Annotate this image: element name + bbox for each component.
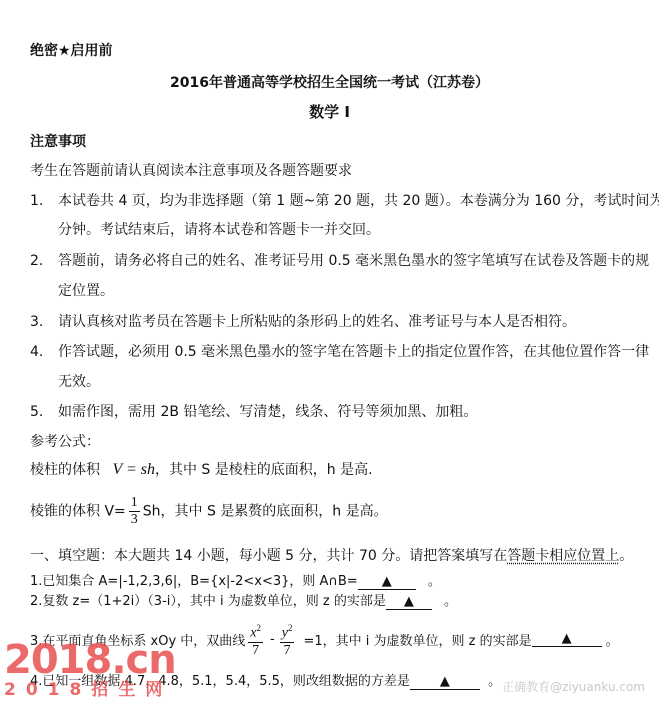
exam-page: 绝密★启用前 2016年普通高等学校招生全国统一考试（江苏卷） 数学 I 注意事… <box>0 0 659 703</box>
item-text: 作答试题，必须用 0.5 毫米黑色墨水的签字笔在答题卡上的指定位置作答，在其他位… <box>58 344 649 360</box>
formula-pyramid: 棱锥的体积 V=13Sh，其中 S 是累赘的底面积，h 是高。 <box>30 495 388 528</box>
question-text: 1.已知集合 A=|-1,2,3,6|，B={x|-2<x<3}，则 A∩B= <box>30 574 358 589</box>
item-text: 答题前，请务必将自己的姓名、准考证号用 0.5 毫米黑色墨水的签字笔填写在试卷及… <box>58 253 649 269</box>
answer-blank[interactable]: ▲ <box>386 595 432 610</box>
item-number: 3. <box>30 314 58 330</box>
prism-volume-formula: V = sh <box>112 461 155 478</box>
answer-blank[interactable]: ▲ <box>532 632 602 647</box>
fraction-x-squared-over-7: x27 <box>248 620 263 659</box>
notice-heading: 注意事项 <box>30 131 86 151</box>
formula-description: ，其中 S 是棱柱的底面积，h 是高. <box>155 462 373 478</box>
formula-prism: 棱柱的体积 V = sh，其中 S 是棱柱的底面积，h 是高. <box>30 459 373 479</box>
formula-description: Sh，其中 S 是累赘的底面积，h 是高。 <box>143 504 388 520</box>
item-text: 请认真核对监考员在答题卡上所粘贴的条形码上的姓名、准考证号与本人是否相符。 <box>58 314 576 330</box>
notice-item-3: 3.请认真核对监考员在答题卡上所粘贴的条形码上的姓名、准考证号与本人是否相符。 <box>30 311 576 331</box>
section-heading-end: 。 <box>619 548 633 564</box>
item-number: 4. <box>30 344 58 360</box>
item-text: 本试卷共 4 页，均为非选择题（第 1 题~第 20 题，共 20 题）。本卷满… <box>58 193 659 209</box>
formula-label: 棱柱的体积 <box>30 462 100 478</box>
triangle-icon: ▲ <box>562 631 572 646</box>
question-end: 。 <box>444 594 457 609</box>
notice-item-4-cont: 无效。 <box>58 371 100 391</box>
notice-item-4: 4.作答试题，必须用 0.5 毫米黑色墨水的签字笔在答题卡上的指定位置作答，在其… <box>30 341 649 361</box>
fraction-y-squared-over-7: y27 <box>280 620 295 659</box>
section-heading: 一、填空题：本大题共 14 小题，每小题 5 分，共计 70 分。请把答案填写在… <box>30 545 633 565</box>
notice-item-5: 5.如需作图，需用 2B 铅笔绘、写清楚，线条、符号等须加黑、加粗。 <box>30 401 477 421</box>
confidential-label: 绝密★启用前 <box>30 40 113 60</box>
item-number: 1. <box>30 193 58 209</box>
triangle-icon: ▲ <box>404 594 414 609</box>
formula-heading: 参考公式： <box>30 431 100 451</box>
notice-item-1: 1.本试卷共 4 页，均为非选择题（第 1 题~第 20 题，共 20 题）。本… <box>30 190 659 210</box>
question-1: 1.已知集合 A=|-1,2,3,6|，B={x|-2<x<3}，则 A∩B=▲… <box>30 570 441 590</box>
answer-blank[interactable]: ▲ <box>358 575 416 590</box>
watermark-right: 正确教育@ziyuanku.com <box>502 678 645 695</box>
answer-blank[interactable]: ▲ <box>410 675 480 690</box>
minus-sign: - <box>270 632 275 647</box>
question-2: 2.复数 z=（1+2i）（3-i），其中 i 为虚数单位，则 z 的实部是▲ … <box>30 590 457 610</box>
notice-item-2: 2.答题前，请务必将自己的姓名、准考证号用 0.5 毫米黑色墨水的签字笔填写在试… <box>30 250 649 270</box>
notice-intro: 考生在答题前请认真阅读本注意事项及各题答题要求 <box>30 160 352 180</box>
triangle-icon: ▲ <box>382 574 392 589</box>
watermark-logo-small: 2018招生网 <box>4 680 176 700</box>
section-heading-emphasis: 答题卡相应位置上 <box>507 548 619 564</box>
watermark-logo: 2018.cn 2018招生网 <box>4 640 176 700</box>
question-end: 。 <box>606 630 619 649</box>
section-heading-text: 一、填空题：本大题共 14 小题，每小题 5 分，共计 70 分。请把答案填写在 <box>30 548 507 564</box>
fraction-one-third: 13 <box>129 495 140 528</box>
question-end: 。 <box>488 674 501 689</box>
notice-item-1-cont: 分钟。考试结束后，请将本试卷和答题卡一并交回。 <box>58 219 380 239</box>
triangle-icon: ▲ <box>440 674 450 689</box>
subject-title: 数学 I <box>0 101 659 122</box>
item-text: 如需作图，需用 2B 铅笔绘、写清楚，线条、符号等须加黑、加粗。 <box>58 404 477 420</box>
item-number: 2. <box>30 253 58 269</box>
question-end: 。 <box>428 574 441 589</box>
item-number: 5. <box>30 404 58 420</box>
notice-item-2-cont: 定位置。 <box>58 280 114 300</box>
question-text: 2.复数 z=（1+2i）（3-i），其中 i 为虚数单位，则 z 的实部是 <box>30 594 386 609</box>
watermark-logo-big: 2018.cn <box>4 640 176 680</box>
formula-label: 棱锥的体积 V= <box>30 504 126 520</box>
exam-title: 2016年普通高等学校招生全国统一考试（江苏卷） <box>0 72 659 92</box>
question-text-cont: =1，其中 i 为虚数单位，则 z 的实部是 <box>303 630 531 649</box>
